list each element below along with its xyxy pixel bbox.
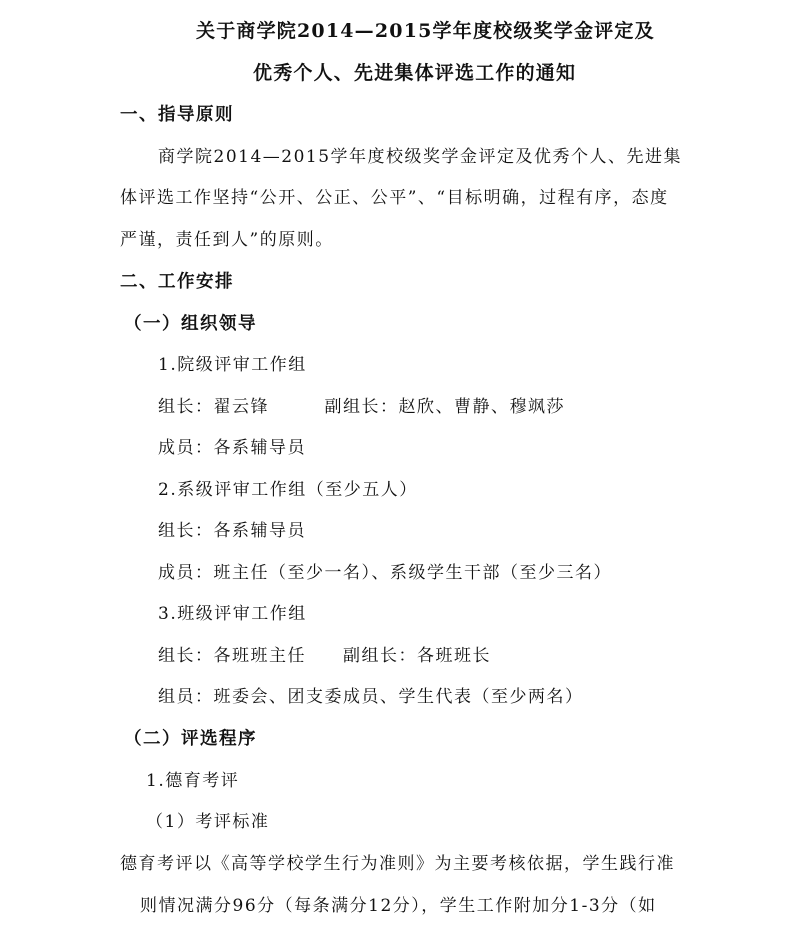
list-item: （1）考评标准 [146, 811, 269, 833]
document-title-line-2: 优秀个人、先进集体评选工作的通知 [253, 62, 576, 84]
list-item: 组员：班委会、团支委成员、学生代表（至少两名） [158, 686, 584, 708]
list-item: 成员：各系辅导员 [158, 437, 306, 459]
paragraph-line: 德育考评以《高等学校学生行为准则》为主要考核依据，学生践行准 [120, 853, 675, 875]
list-item: 组长：各系辅导员 [158, 520, 306, 542]
paragraph-line: 严谨，责任到人”的原则。 [120, 229, 334, 251]
list-item: 组长：各班班主任 副组长：各班班长 [158, 645, 491, 667]
paragraph-line: 体评选工作坚持“公开、公正、公平”、“目标明确，过程有序，态度 [120, 187, 669, 209]
list-item: 成员：班主任（至少一名）、系级学生干部（至少三名） [158, 562, 612, 584]
paragraph-line: 商学院2014—2015学年度校级奖学金评定及优秀个人、先进集 [158, 146, 682, 168]
paragraph-line: 则情况满分96分（每条满分12分），学生工作附加分1-3分（如 [140, 895, 657, 917]
document-title-line-1: 关于商学院2014—2015学年度校级奖学金评定及 [196, 20, 655, 42]
list-item: 3.班级评审工作组 [158, 603, 307, 625]
list-item: 组长：翟云锋 副组长：赵欣、曹静、穆飒莎 [158, 396, 565, 418]
list-item: 1.院级评审工作组 [158, 354, 307, 376]
section-heading-guiding-principles: 一、指导原则 [120, 104, 234, 126]
subsection-heading-organization: （一）组织领导 [124, 313, 257, 335]
list-item: 2.系级评审工作组（至少五人） [158, 479, 418, 501]
list-item: 1.德育考评 [146, 770, 239, 792]
section-heading-work-arrangement: 二、工作安排 [120, 271, 234, 293]
subsection-heading-selection-procedure: （二）评选程序 [124, 728, 257, 750]
